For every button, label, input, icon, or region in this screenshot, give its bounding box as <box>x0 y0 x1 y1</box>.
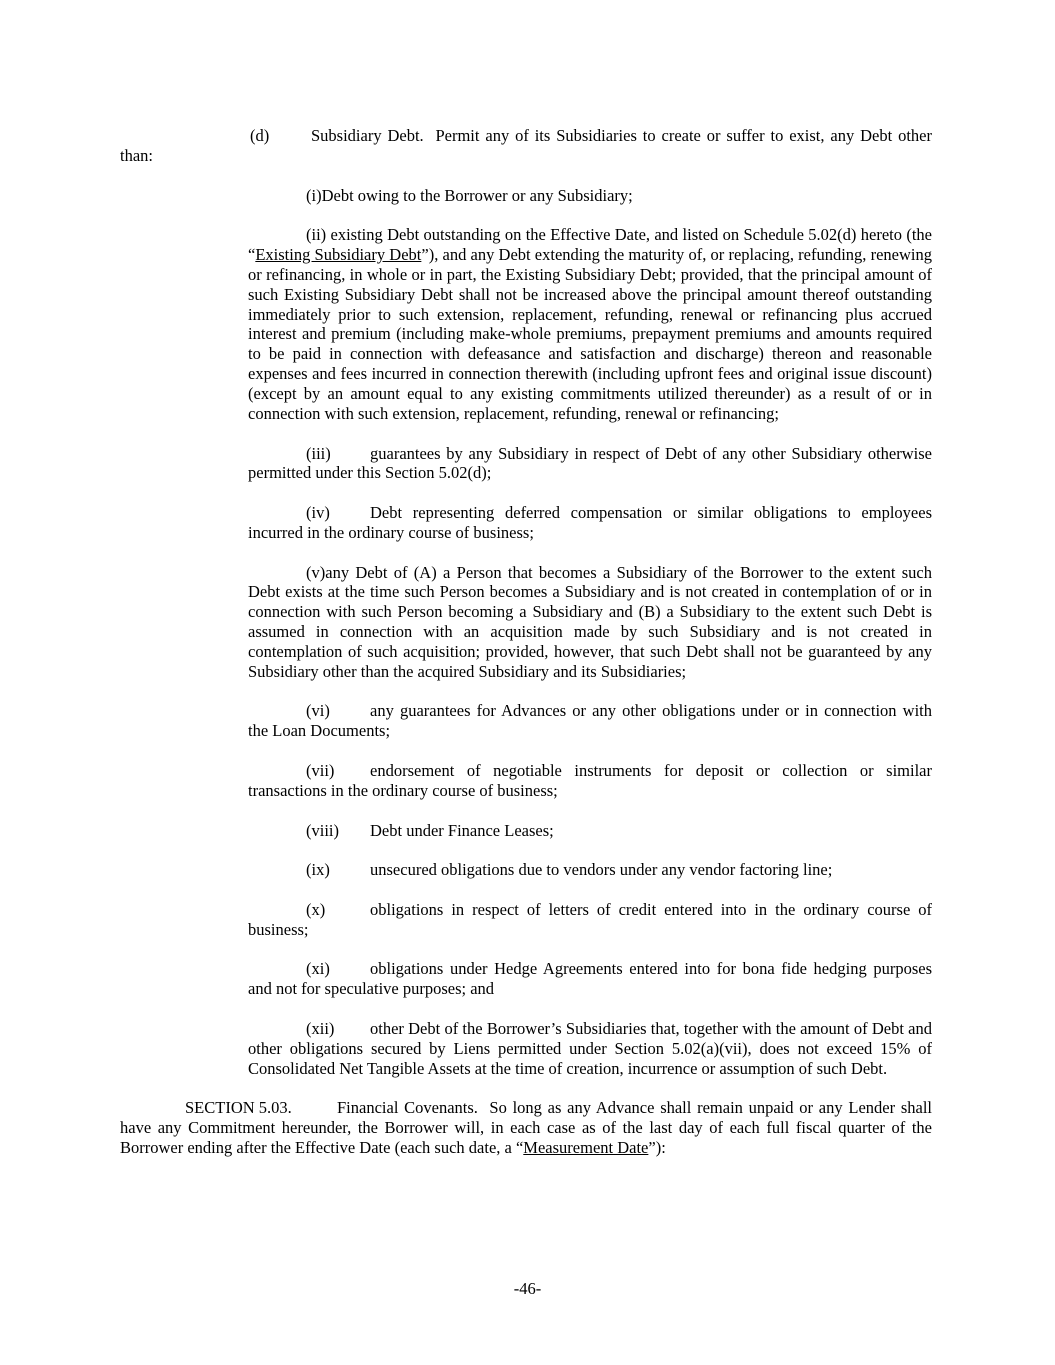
paragraph-section-5-03-label: SECTION 5.03. <box>185 1098 337 1118</box>
item-x-label: (x) <box>306 900 370 920</box>
page-number: -46- <box>0 1279 1055 1299</box>
item-xii-label: (xii) <box>306 1019 370 1039</box>
text-segment: Debt under Finance Leases; <box>370 821 554 840</box>
paragraph-d-subsidiary-debt: (d)Subsidiary Debt. Permit any of its Su… <box>120 126 932 166</box>
paragraph-d-subsidiary-debt-label: (d) <box>250 126 311 146</box>
item-xi-label: (xi) <box>306 959 370 979</box>
item-vii: (vii)endorsement of negotiable instrumen… <box>248 761 932 801</box>
text-segment: ”), and any Debt extending the maturity … <box>248 245 932 423</box>
text-segment: Debt owing to the Borrower or any Subsid… <box>322 186 633 205</box>
document-body: (d)Subsidiary Debt. Permit any of its Su… <box>120 126 932 1158</box>
item-viii-label: (viii) <box>306 821 370 841</box>
item-xii: (xii)other Debt of the Borrower’s Subsid… <box>248 1019 932 1079</box>
item-ix: (ix)unsecured obligations due to vendors… <box>248 860 932 880</box>
item-vi-label: (vi) <box>306 701 370 721</box>
item-v: (v)any Debt of (A) a Person that becomes… <box>248 563 932 682</box>
paragraph-section-5-03: SECTION 5.03.Financial Covenants. So lon… <box>120 1098 932 1158</box>
item-ii: (ii) existing Debt outstanding on the Ef… <box>248 225 932 423</box>
item-iii-label: (iii) <box>306 444 370 464</box>
item-x: (x)obligations in respect of letters of … <box>248 900 932 940</box>
text-segment: ”): <box>648 1138 665 1157</box>
text-segment: any Debt of (A) a Person that becomes a … <box>248 563 932 681</box>
item-v-label: (v) <box>306 563 325 582</box>
item-ix-label: (ix) <box>306 860 370 880</box>
text-segment: Subsidiary Debt. Permit any of its Subsi… <box>120 126 932 165</box>
item-vi: (vi)any guarantees for Advances or any o… <box>248 701 932 741</box>
item-i-label: (i) <box>306 186 322 205</box>
item-viii: (viii)Debt under Finance Leases; <box>248 821 932 841</box>
item-i: (i)Debt owing to the Borrower or any Sub… <box>248 186 932 206</box>
defined-term: Existing Subsidiary Debt <box>255 245 421 264</box>
defined-term: Measurement Date <box>523 1138 648 1157</box>
document-page: (d)Subsidiary Debt. Permit any of its Su… <box>0 0 1055 1365</box>
item-iv-label: (iv) <box>306 503 370 523</box>
item-xi: (xi)obligations under Hedge Agreements e… <box>248 959 932 999</box>
item-vii-label: (vii) <box>306 761 370 781</box>
item-ii-label: (ii) <box>306 225 331 244</box>
text-segment: unsecured obligations due to vendors und… <box>370 860 832 879</box>
item-iii: (iii)guarantees by any Subsidiary in res… <box>248 444 932 484</box>
item-iv: (iv)Debt representing deferred compensat… <box>248 503 932 543</box>
